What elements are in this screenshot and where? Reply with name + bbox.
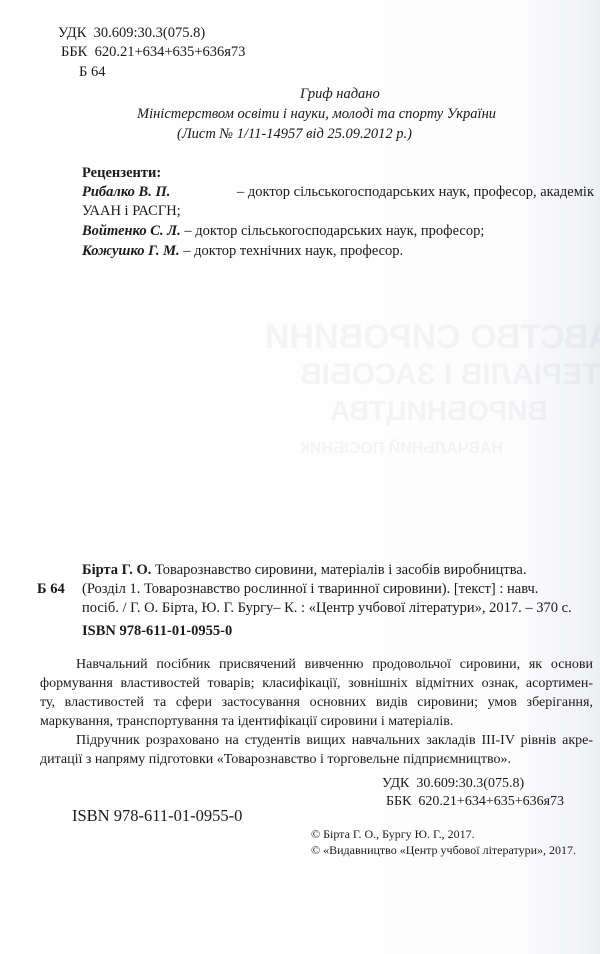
reviewer-2: Войтенко С. Л. – доктор сільськогосподар… — [82, 222, 484, 241]
reviewer-1: Рибалко В. П. – доктор сільськогосподарс… — [82, 183, 594, 202]
udk-code-bottom: УДК 30.609:30.3(075.8) — [382, 776, 524, 792]
udk-value: 30.609:30.3(075.8) — [416, 776, 524, 791]
annotation-line: ту, властивостей та сфери застосування о… — [40, 693, 593, 712]
udk-value: 30.609:30.3(075.8) — [94, 25, 206, 41]
grif-ministry: Міністерством освіти і науки, молоді та … — [137, 104, 496, 124]
reviewer-name: Кожушко Г. М. — [82, 243, 180, 259]
reviewer-desc: – доктор технічних наук, професор. — [183, 243, 403, 259]
bib-line-3: посіб. / Г. О. Бірта, Ю. Г. Бургу– К. : … — [82, 599, 572, 618]
reviewer-name: Рибалко В. П. — [82, 183, 170, 202]
show-through-artifact: МАТЕРІАЛІВ І ЗАСОБІВ — [300, 358, 600, 392]
bib-line-1: Бірта Г. О. Товарознавство сировини, мат… — [82, 561, 526, 580]
annotation-line: Підручник розраховано на студентів вищих… — [40, 731, 593, 750]
reviewer-3: Кожушко Г. М. – доктор технічних наук, п… — [82, 242, 403, 261]
bbk-value: 620.21+634+635+636я73 — [95, 44, 246, 60]
bbk-label: ББК — [386, 794, 411, 809]
udk-label: УДК — [382, 776, 409, 791]
author-mark-top: Б 64 — [79, 63, 105, 82]
copyright-publisher: © «Видавництво «Центр учбової літератури… — [311, 843, 576, 858]
bbk-label: ББК — [61, 44, 87, 60]
udk-label: УДК — [58, 25, 86, 41]
annotation-line: формування властивостей товарів; класифі… — [40, 674, 593, 693]
grif-letter: (Лист № 1/11-14957 від 25.09.2012 р.) — [177, 124, 412, 144]
show-through-artifact: НАВЧАЛЬНИЙ ПОСІБНИК — [300, 440, 503, 458]
reviewer-desc: – доктор сільськогосподарських наук, про… — [237, 183, 594, 202]
reviewer-desc: – доктор сільськогосподарських наук, про… — [184, 223, 484, 239]
bib-line-2: (Розділ 1. Товарознавство рослинної і тв… — [82, 580, 538, 599]
annotation-line: маркування, транспортування та ідентифік… — [40, 712, 593, 731]
copyright-authors: © Бірта Г. О., Бургу Ю. Г., 2017. — [311, 827, 475, 842]
reviewer-1-continued: УААН і РАСГН; — [82, 202, 181, 221]
isbn-large: ISBN 978-611-01-0955-0 — [72, 806, 242, 826]
isbn-bold: ISBN 978-611-01-0955-0 — [82, 622, 232, 641]
grif-title: Гриф надано — [300, 84, 380, 104]
show-through-artifact: ВИРОБНИЦТВА — [330, 395, 548, 427]
udk-code-top: УДК 30.609:30.3(075.8) — [58, 24, 205, 43]
author-mark: Б 64 — [37, 580, 65, 599]
bbk-code-top: ББК 620.21+634+635+636я73 — [61, 43, 245, 62]
annotation-line: дитації з напряму підготовки «Товарознав… — [40, 750, 593, 769]
bib-title: Товарознавство сировини, матеріалів і за… — [155, 562, 526, 578]
bib-author: Бірта Г. О. — [82, 562, 151, 578]
bbk-code-bottom: ББК 620.21+634+635+636я73 — [386, 794, 564, 810]
reviewer-name: Войтенко С. Л. — [82, 223, 181, 239]
reviewers-title: Рецензенти: — [82, 164, 161, 183]
annotation-line: Навчальний посібник присвячений вивченню… — [40, 655, 593, 674]
bbk-value: 620.21+634+635+636я73 — [418, 794, 564, 809]
show-through-artifact: ТОВАРОЗНАВСТВО СИРОВИНИ — [265, 318, 600, 357]
